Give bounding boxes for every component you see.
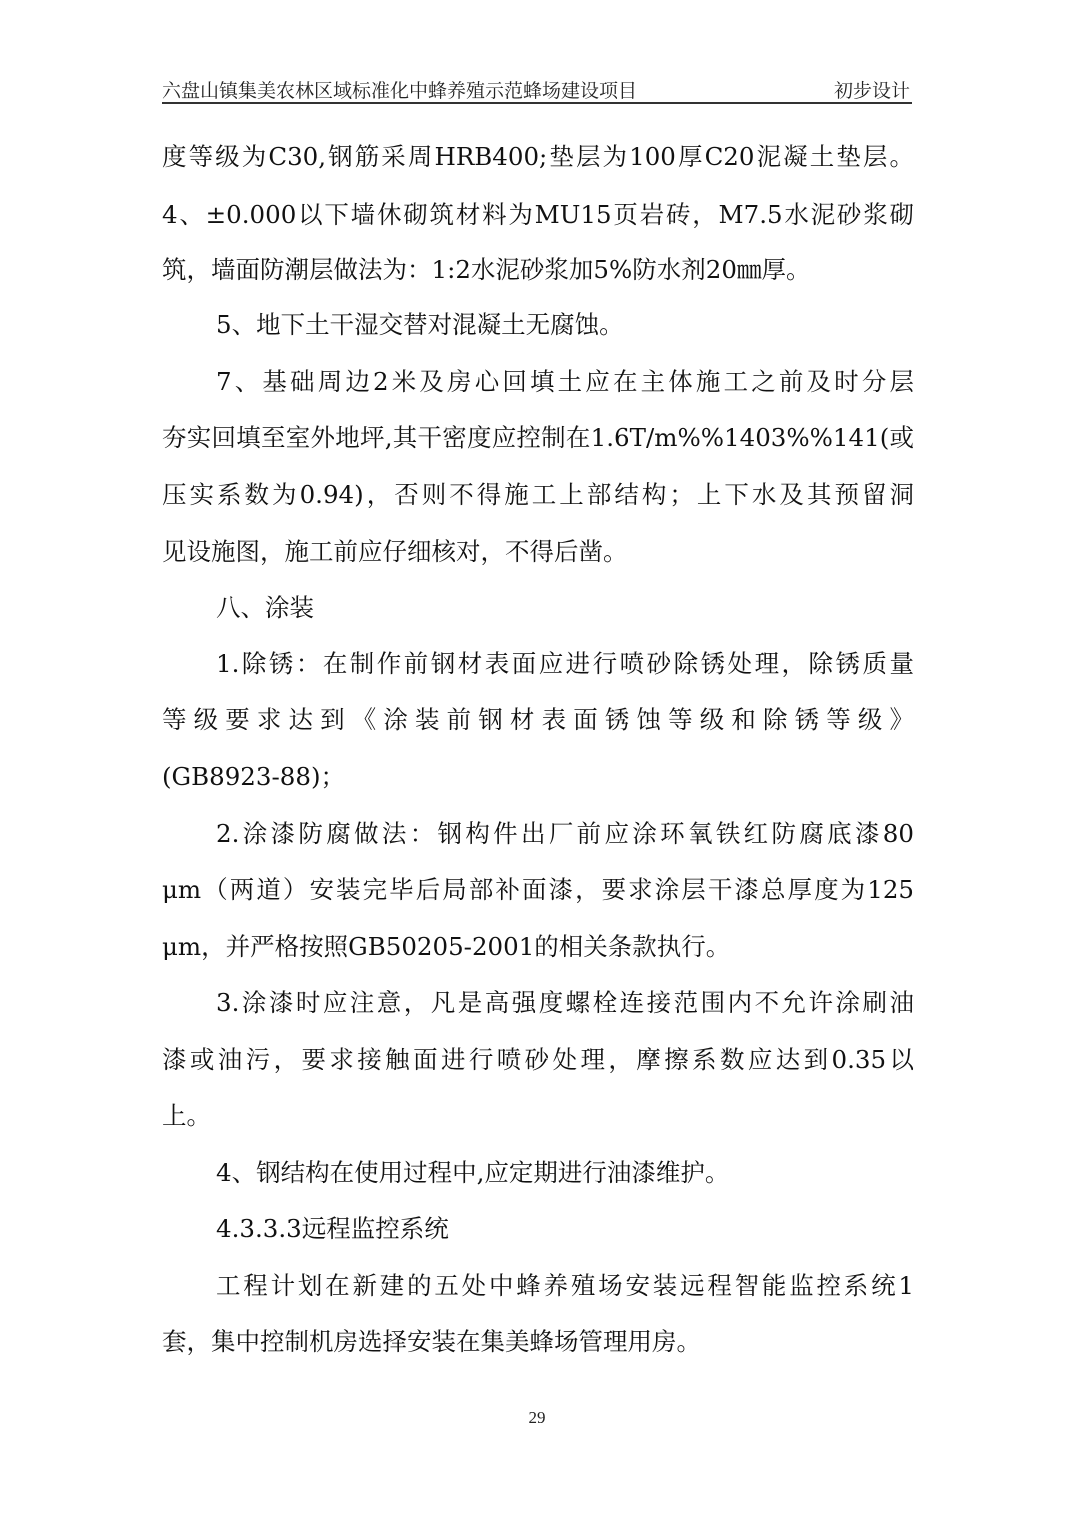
page-number: 29 (0, 1408, 1074, 1428)
paragraph-line: 上。 (162, 1098, 914, 1134)
header-section-label: 初步设计 (834, 76, 910, 103)
header-project-title: 六盘山镇集美农林区域标准化中蜂养殖示范蜂场建设项目 (162, 76, 637, 103)
paragraph-line: 5、地下土干湿交替对混凝土无腐蚀。 (216, 307, 914, 343)
paragraph-line: 见设施图，施工前应仔细核对，不得后凿。 (162, 534, 914, 570)
section-heading: 八、涂装 (216, 590, 914, 626)
paragraph-line: μm，并严格按照GB50205-2001的相关条款执行。 (162, 929, 914, 965)
paragraph-line: 2.涂漆防腐做法：钢构件出厂前应涂环氧铁红防腐底漆80 (216, 816, 914, 852)
subsection-heading: 4.3.3.3远程监控系统 (216, 1211, 914, 1247)
paragraph-line: 4、钢结构在使用过程中,应定期进行油漆维护。 (216, 1155, 914, 1191)
paragraph-line: 夯实回填至室外地坪,其干密度应控制在1.6T/m%%1403%%141(或 (162, 420, 914, 456)
paragraph-line: 等级要求达到《涂装前钢材表面锈蚀等级和除锈等级》 (162, 702, 914, 738)
paragraph-line: 漆或油污，要求接触面进行喷砂处理，摩擦系数应达到0.35以 (162, 1042, 914, 1078)
paragraph-line: 4、±0.000以下墙休砌筑材料为MU15页岩砖，M7.5水泥砂浆砌 (162, 197, 914, 233)
paragraph-line: (GB8923-88)； (162, 759, 914, 795)
paragraph-line: 度等级为C30,钢筋采周HRB400;垫层为100厚C20泥凝土垫层。 (162, 139, 914, 175)
paragraph-line: 压实系数为0.94)，否则不得施工上部结构；上下水及其预留洞 (162, 477, 914, 513)
paragraph-line: 7、基础周边2米及房心回填土应在主体施工之前及时分层 (216, 364, 914, 400)
header-divider (162, 102, 912, 104)
paragraph-line: 3.涂漆时应注意，凡是高强度螺栓连接范围内不允许涂刷油 (216, 985, 914, 1021)
paragraph-line: μm（两道）安装完毕后局部补面漆，要求涂层干漆总厚度为125 (162, 872, 914, 908)
paragraph-line: 套，集中控制机房选择安装在集美蜂场管理用房。 (162, 1324, 914, 1360)
paragraph-line: 1.除锈：在制作前钢材表面应进行喷砂除锈处理，除锈质量 (216, 646, 914, 682)
paragraph-line: 筑，墙面防潮层做法为：1:2水泥砂浆加5%防水剂20㎜厚。 (162, 252, 914, 288)
paragraph-line: 工程计划在新建的五处中蜂养殖场安装远程智能监控系统1 (216, 1268, 914, 1304)
document-page: 六盘山镇集美农林区域标准化中蜂养殖示范蜂场建设项目 初步设计 度等级为C30,钢… (0, 0, 1074, 1520)
